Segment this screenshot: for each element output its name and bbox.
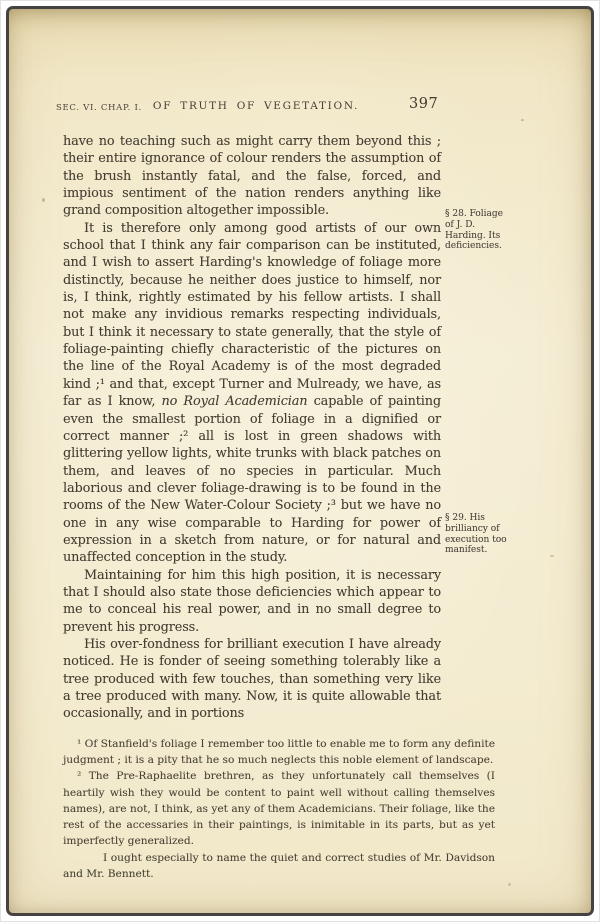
footnotes-block: ¹ Of Stanfield's foliage I remember too … <box>63 736 495 883</box>
paragraph-text: Maintaining for him this high position, … <box>63 568 441 635</box>
paper-speck <box>521 119 524 121</box>
page-number: 397 <box>409 96 438 112</box>
body-text: have no teaching such as might carry the… <box>63 133 441 723</box>
paragraph-3: Maintaining for him this high position, … <box>63 567 441 636</box>
header-section-label: SEC. VI. CHAP. I. <box>56 103 142 113</box>
paragraph-1: have no teaching such as might carry the… <box>63 133 441 220</box>
text-column: have no teaching such as might carry the… <box>63 133 495 882</box>
paragraph-2: It is therefore only among good artists … <box>63 220 441 567</box>
paper-speck <box>550 555 554 557</box>
footnote-3: I ought especially to name the quiet and… <box>63 850 495 883</box>
paragraph-text: capable of painting even the smallest po… <box>63 394 441 565</box>
paper-sheet: SEC. VI. CHAP. I. OF TRUTH OF VEGETATION… <box>6 6 594 916</box>
paragraph-text-italic: no Royal Academician <box>162 394 308 409</box>
paper-speck <box>42 198 45 202</box>
scanned-book-page: SEC. VI. CHAP. I. OF TRUTH OF VEGETATION… <box>0 0 600 922</box>
margin-note-28: § 28. Foliage of J. D. Harding. Its defi… <box>445 209 507 252</box>
paragraph-4: His over-fondness for brilliant executio… <box>63 636 441 723</box>
paragraph-text: have no teaching such as might carry the… <box>63 134 441 218</box>
paragraph-text: His over-fondness for brilliant executio… <box>63 637 441 721</box>
paper-speck <box>508 883 511 886</box>
footnote-1: ¹ Of Stanfield's foliage I remember too … <box>63 736 495 769</box>
footnote-2: ² The Pre-Raphaelite brethren, as they u… <box>63 768 495 849</box>
paragraph-text: It is therefore only among good artists … <box>63 221 441 409</box>
running-title: OF TRUTH OF VEGETATION. <box>146 100 366 112</box>
margin-note-29: § 29. His brilliancy of execution too ma… <box>445 513 507 556</box>
page-content: SEC. VI. CHAP. I. OF TRUTH OF VEGETATION… <box>9 9 591 913</box>
